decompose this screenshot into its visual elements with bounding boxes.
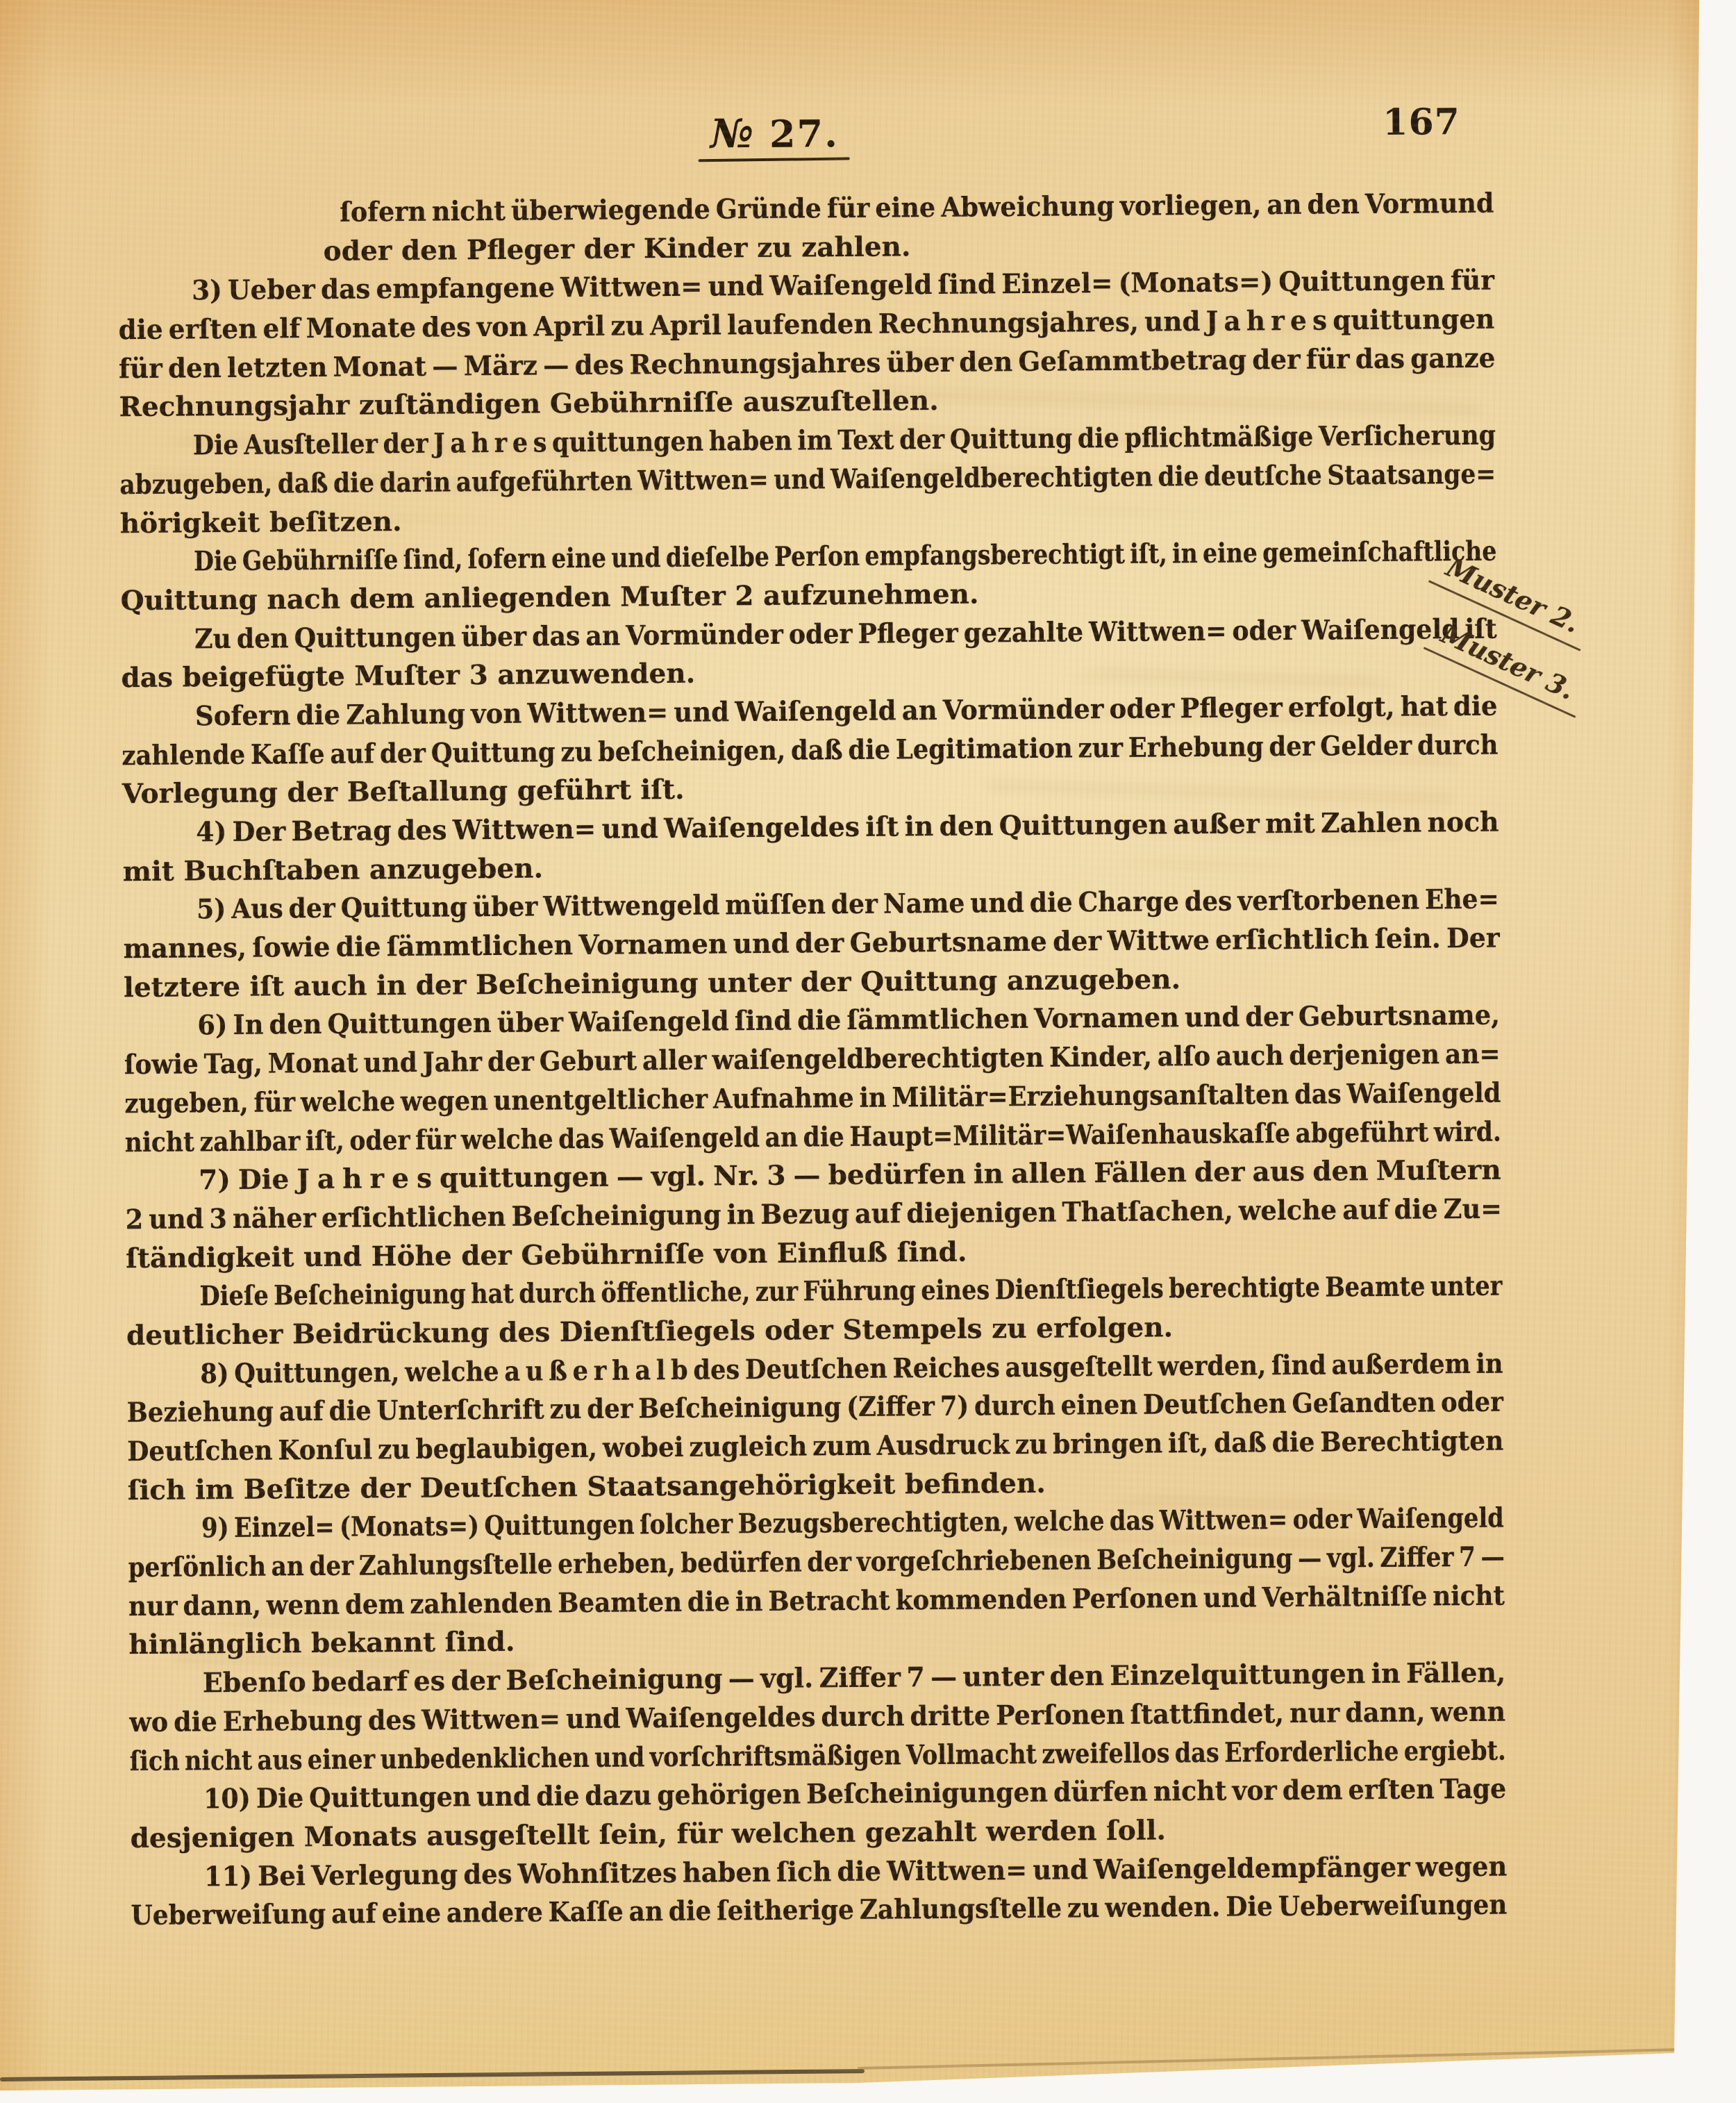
text-line-content: Quittung nach dem anliegenden Muſter 2 a… (120, 575, 978, 620)
heading-rule (699, 157, 850, 162)
text-line-content: hörigkeit beſitzen. (120, 503, 402, 544)
text-line-content: Vorlegung der Beſtallung geführt iſt. (122, 771, 685, 814)
scanned-document-page: { "page": { "number": "167", "heading": … (0, 0, 1736, 2103)
paragraph: 8) Quittungen, welche a u ß e r h a l b … (126, 1345, 1504, 1510)
paragraph: 4) Der Betrag des Wittwen= und Waiſengel… (122, 804, 1499, 892)
text-line-content: ſich im Beſitze der Deutſchen Staatsange… (127, 1464, 1046, 1510)
paragraph: Die Ausſteller der J a h r e s quittunge… (119, 417, 1496, 544)
text-block: ſofern nicht überwiegende Gründe für ein… (117, 185, 1508, 1936)
paragraph: 10) Die Quittungen und die dazu gehörige… (130, 1770, 1507, 1859)
paragraph: 5) Aus der Quittung über Wittwengeld müſ… (123, 881, 1500, 1008)
paragraph: Dieſe Beſcheinigung hat durch öffentlich… (126, 1267, 1503, 1356)
paragraph: Ebenſo bedarf es der Beſcheinigung — vgl… (129, 1654, 1506, 1781)
text-line-content: das beigefügte Muſter 3 anzuwenden. (121, 655, 695, 698)
text-line-content: Rechnungsjahr zuſtändigen Gebührniſſe au… (119, 382, 939, 427)
text-line-content: hinlänglich bekannt ſind. (128, 1623, 515, 1665)
paragraph: 11) Bei Verlegung des Wohnſitzes haben ſ… (131, 1847, 1508, 1936)
paper-sheet: № 27. 167 ſofern nicht überwiegende Grün… (0, 0, 1736, 2103)
page-content: № 27. 167 ſofern nicht überwiegende Grün… (0, 0, 1736, 2103)
text-line-content: mit Buchſtaben anzugeben. (123, 849, 544, 891)
paragraph: 3) Ueber das empfangene Wittwen= und Wai… (118, 262, 1496, 427)
paragraph: 6) In den Quittungen über Waiſengeld ſin… (124, 997, 1501, 1162)
paragraph: 7) Die J a h r e s quittungen — vgl. Nr.… (125, 1152, 1502, 1279)
paragraph: Zu den Quittungen über das an Vormünder … (121, 610, 1498, 698)
page-title: № 27. (710, 110, 839, 157)
paragraph: Sofern die Zahlung von Wittwen= und Waiſ… (122, 688, 1499, 815)
paragraph: ſofern nicht überwiegende Gründe für ein… (117, 185, 1494, 273)
paragraph: 9) Einzel= (Monats=) Quittungen ſolcher … (128, 1499, 1505, 1665)
text-line-content: oder den Pfleger der Kinder zu zahlen. (323, 228, 910, 271)
paragraph: Die Gebührniſſe ſind, ſofern eine und di… (120, 533, 1497, 621)
page-number: 167 (1383, 101, 1460, 144)
text-line-content: ſtändigkeit und Höhe der Gebührniſſe von… (126, 1233, 967, 1278)
